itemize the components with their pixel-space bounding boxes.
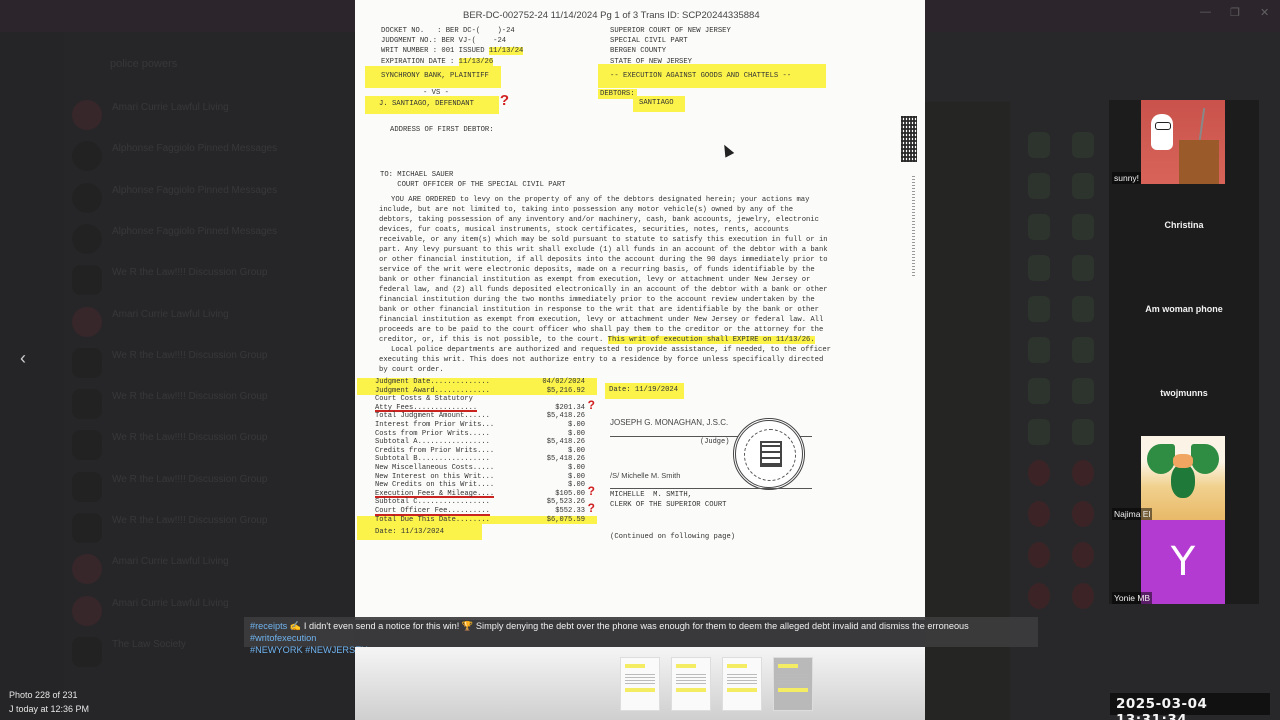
thumbnail-content — [676, 674, 706, 684]
totals-value: $5,418.26 — [547, 412, 585, 421]
totals-label: New Miscellaneous Costs..... — [375, 464, 494, 473]
participant-name: Christina — [1109, 220, 1259, 230]
thumbnail-content — [676, 664, 696, 668]
qr-code-icon — [901, 116, 917, 162]
photo-counter: Photo 228 of 231 — [9, 690, 78, 700]
totals-value: $6,075.59 — [547, 516, 585, 525]
totals-value: $.00 — [568, 421, 585, 430]
totals-label: Subtotal A................. — [375, 438, 490, 447]
scarab-wing-icon — [1191, 444, 1219, 474]
totals-row: Judgment Award.............$5,216.92 — [357, 387, 597, 396]
scarab-wing-icon — [1147, 444, 1175, 474]
body-paragraph-2: Local police departments are authorized … — [379, 345, 831, 375]
totals-row: Court Costs & Statutory — [357, 395, 597, 404]
caption-text-2: Simply denying the debt over the phone w… — [473, 621, 968, 631]
thumbnail-content — [625, 664, 645, 668]
totals-label: Judgment Award............. — [375, 387, 490, 396]
totals-label: Total Judgment Amount...... — [375, 412, 490, 421]
filing-header: BER-DC-002752-24 11/14/2024 Pg 1 of 3 Tr… — [463, 10, 760, 21]
hashtag-receipts[interactable]: #receipts — [250, 621, 287, 631]
clerk-signature: /S/ Michelle M. Smith — [610, 471, 680, 480]
writ-number: WRIT NUMBER : 001 ISSUED — [381, 47, 489, 55]
judge-label: (Judge) — [700, 438, 729, 446]
totals-label: Court Officer Fee.......... — [375, 507, 490, 516]
totals-label: Costs from Prior Writs..... — [375, 430, 490, 439]
totals-label: New Interest on this Writ... — [375, 473, 494, 482]
question-mark-icon: ? — [588, 504, 595, 513]
clerk-name: MICHELLE M. SMITH, CLERK OF THE SUPERIOR… — [610, 490, 726, 510]
thumbnail-content — [778, 674, 808, 684]
totals-value: $105.00 — [555, 490, 585, 499]
photo-sender-time: J today at 12:36 PM — [9, 704, 89, 714]
totals-row: Judgment Date..............04/02/2024 — [357, 378, 597, 387]
totals-row: Execution Fees & Mileage....$105.00? — [357, 490, 597, 499]
thumbnail-content — [676, 688, 706, 692]
totals-label: New Credits on this Writ.... — [375, 481, 494, 490]
totals-value: $201.34 — [555, 404, 585, 413]
judge-name: JOSEPH G. MONAGHAN, J.S.C. — [610, 418, 728, 427]
thumbnail-content — [727, 674, 757, 684]
previous-photo-button[interactable]: ‹ — [20, 348, 26, 369]
judgment-totals: Judgment Date..............04/02/2024Jud… — [357, 378, 597, 540]
totals-row: Atty Fees...............$201.34? — [357, 404, 597, 413]
totals-value: $.00 — [568, 430, 585, 439]
participant-avatar-scarab[interactable] — [1141, 436, 1225, 520]
totals-value: $552.33 — [555, 507, 585, 516]
participant-name: sunny! — [1112, 172, 1141, 184]
defendant: J. SANTIAGO, DEFENDANT ? — [365, 96, 499, 114]
signature-date: Date: 11/19/2024 — [605, 383, 684, 399]
microphone-icon — [1199, 108, 1205, 140]
thumbnail-content — [727, 664, 747, 668]
totals-row: Subtotal A.................$5,418.26 — [357, 438, 597, 447]
totals-value: $5,523.26 — [547, 498, 585, 507]
writ-issued-date: 11/13/24 — [489, 47, 524, 55]
totals-value: $.00 — [568, 473, 585, 482]
totals-label: Court Costs & Statutory — [375, 395, 473, 404]
totals-value: $.00 — [568, 481, 585, 490]
thumbnail-page-4[interactable] — [773, 657, 813, 711]
defendant-name: J. SANTIAGO, DEFENDANT — [379, 100, 474, 108]
totals-label: Interest from Prior Writs... — [375, 421, 494, 430]
court-name: SUPERIOR COURT OF NEW JERSEY SPECIAL CIV… — [610, 26, 731, 67]
totals-row: Total Judgment Amount......$5,418.26 — [357, 412, 597, 421]
participants-panel: sunny! Christina Am woman phone twojmunn… — [1109, 100, 1259, 604]
totals-row: Credits from Prior Writs....$.00 — [357, 447, 597, 456]
totals-row: Subtotal C.................$5,523.26 — [357, 498, 597, 507]
totals-label: Judgment Date.............. — [375, 378, 490, 387]
podium-icon — [1179, 140, 1219, 184]
photo-caption: #receipts ✍ I didn't even send a notice … — [244, 617, 1038, 647]
execution-title: -- EXECUTION AGAINST GOODS AND CHATTELS … — [598, 64, 826, 88]
thumbnail-content — [625, 674, 655, 684]
document-photo: BER-DC-002752-24 11/14/2024 Pg 1 of 3 Tr… — [355, 0, 925, 620]
question-mark-icon: ? — [588, 401, 595, 410]
participant-avatar-initial[interactable]: Y — [1141, 520, 1225, 604]
debtor-name: SANTIAGO — [633, 96, 685, 112]
totals-value: 04/02/2024 — [542, 378, 585, 387]
plaintiff: SYNCHRONY BANK, PLAINTIFF — [365, 66, 501, 88]
barcode-icon — [912, 176, 915, 276]
question-mark-icon: ? — [588, 487, 595, 496]
totals-row: Subtotal B.................$5,418.26 — [357, 455, 597, 464]
totals-label: Total Due This Date........ — [375, 516, 490, 525]
participant-name: Najima El — [1112, 508, 1152, 520]
totals-row: Costs from Prior Writs.....$.00 — [357, 430, 597, 439]
writ-body: YOU ARE ORDERED to levy on the property … — [379, 195, 831, 375]
thumbnail-page-2[interactable] — [671, 657, 711, 711]
addressee: TO: MICHAEL SAUER COURT OFFICER OF THE S… — [380, 170, 565, 190]
totals-value: $5,418.26 — [547, 438, 585, 447]
expiration-date: 11/13/26 — [459, 58, 494, 66]
docket-no: DOCKET NO. : BER DC-( )-24 — [381, 27, 515, 35]
trophy-icon: 🏆 — [462, 621, 473, 631]
body-paragraph-1: YOU ARE ORDERED to levy on the property … — [379, 196, 828, 344]
totals-row: New Interest on this Writ...$.00 — [357, 473, 597, 482]
totals-row: Interest from Prior Writs...$.00 — [357, 421, 597, 430]
totals-value: $5,216.92 — [547, 387, 585, 396]
thumbnail-content — [778, 688, 808, 692]
expiration-label: EXPIRATION DATE : — [381, 58, 459, 66]
totals-label: Credits from Prior Writs.... — [375, 447, 494, 456]
continued-note: (Continued on following page) — [610, 533, 735, 541]
caption-text-1: I didn't even send a notice for this win… — [301, 621, 462, 631]
docket-info: DOCKET NO. : BER DC-( )-24 JUDGMENT NO.:… — [381, 26, 523, 67]
question-mark-icon: ? — [500, 92, 509, 109]
thumbnail-strip — [355, 647, 925, 720]
totals-label: Atty Fees............... — [375, 404, 477, 413]
thumbnail-content — [727, 688, 757, 692]
thumbnail-page-1[interactable] — [620, 657, 660, 711]
participant-avatar-snoopy[interactable] — [1141, 100, 1225, 184]
totals-label: Execution Fees & Mileage.... — [375, 490, 494, 499]
totals-row: New Credits on this Writ....$.00 — [357, 481, 597, 490]
thumbnail-page-3[interactable] — [722, 657, 762, 711]
totals-value: $.00 — [568, 464, 585, 473]
mouse-cursor-icon — [720, 142, 734, 157]
hashtag-writofexecution[interactable]: #writofexecution — [250, 633, 316, 643]
totals-value: $5,418.26 — [547, 455, 585, 464]
totals-date: Date: 11/13/2024 — [357, 524, 482, 540]
thumbnail-content — [778, 664, 798, 668]
participant-name: Yonie MB — [1112, 592, 1152, 604]
judgment-no: JUDGMENT NO.: BER VJ-( -24 — [381, 37, 506, 45]
writing-hand-icon: ✍ — [290, 621, 301, 631]
court-seal-icon — [733, 418, 805, 490]
debtors-label: DEBTORS: — [598, 89, 637, 99]
participant-name: twojmunns — [1109, 388, 1259, 398]
scarab-head-icon — [1173, 454, 1193, 468]
totals-row: Total Due This Date........$6,075.59 — [357, 516, 597, 525]
screen: — ❐ ✕ police powers Amari Currie Lawful … — [0, 0, 1280, 720]
scarab-beetle-icon — [1171, 464, 1195, 498]
totals-row: Court Officer Fee..........$552.33? — [357, 507, 597, 516]
recording-timestamp: 2025-03-04 13:31:34 — [1110, 693, 1270, 715]
expiry-statement: This writ of execution shall EXPIRE on 1… — [608, 336, 815, 344]
clerk-signature-line — [610, 488, 812, 489]
totals-label: Subtotal C................. — [375, 498, 490, 507]
thumbnail-content — [625, 688, 655, 692]
participant-name: Am woman phone — [1109, 304, 1259, 314]
hashtag-newyork[interactable]: #NEWYORK — [250, 645, 303, 655]
totals-row: New Miscellaneous Costs.....$.00 — [357, 464, 597, 473]
snoopy-icon — [1151, 114, 1173, 150]
totals-label: Subtotal B................. — [375, 455, 490, 464]
totals-value: $.00 — [568, 447, 585, 456]
first-debtor-address-label: ADDRESS OF FIRST DEBTOR: — [390, 126, 494, 134]
